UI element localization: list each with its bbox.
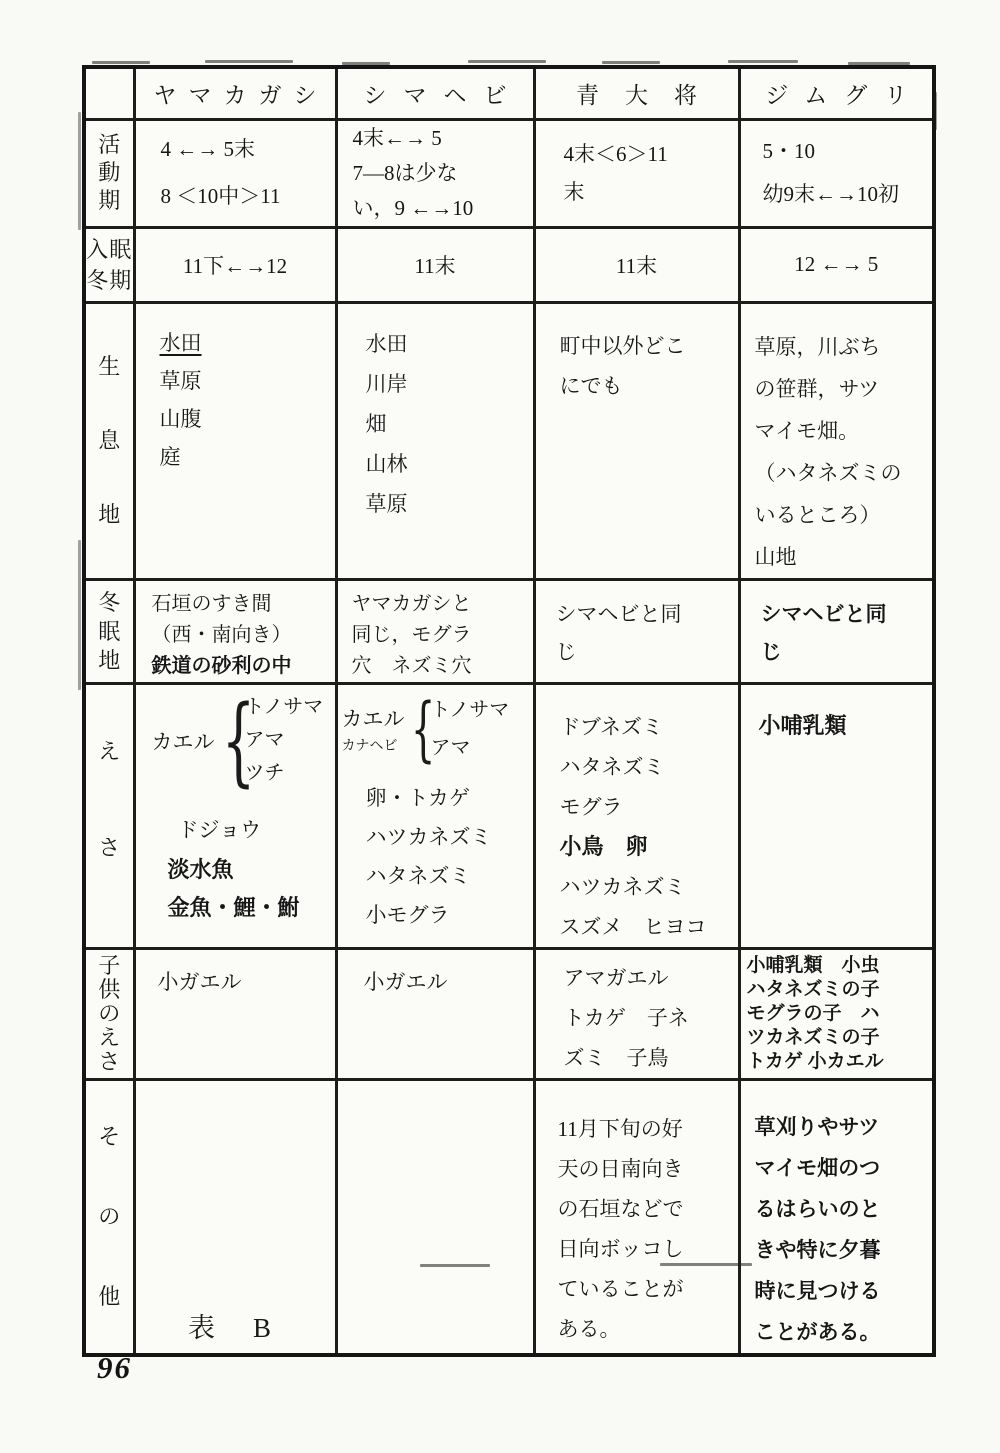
row-label-hibernation-period: 入眠 冬期 xyxy=(84,227,134,302)
table-row-activity-period: 活 動 期 4 ←→ 5末 8 ＜10中＞11 4末←→ 5 7―8は少な い，… xyxy=(84,119,934,227)
cell-food-jimuguri: 小哺乳類 xyxy=(739,683,934,948)
cell-other-aodaisho: 11月下旬の好 天の日南向き の石垣などで 日向ボッコし ていることが ある。 xyxy=(534,1079,739,1355)
food-frog-label: カエル xyxy=(152,726,215,756)
cell-activity-yamakagashi: 4 ←→ 5末 8 ＜10中＞11 xyxy=(134,119,336,227)
caption-title: 表 xyxy=(188,1313,215,1343)
cell-other-shimahebi xyxy=(336,1079,534,1355)
scan-speck xyxy=(468,60,546,63)
scan-speck xyxy=(848,62,910,65)
habitat-aodaisho-text: 町中以外どこ にでも xyxy=(536,304,738,406)
column-header-yamakagashi: ヤマカガシ xyxy=(134,67,336,119)
cell-hibernation-aodaisho: 11末 xyxy=(534,227,739,302)
young-food-aodaisho-text: アマガエル トカゲ 子ネ ズミ 子鳥 xyxy=(536,950,738,1078)
snake-comparison-table: ヤマカガシ シマヘビ 青大将 ジムグリ 活 動 期 4 ←→ 5末 8 ＜10中… xyxy=(82,65,936,1357)
habitat-shimahebi-text: 水田 川岸 畑 山林 草原 xyxy=(338,304,533,524)
cell-young-food-yamakagashi: 小ガエル xyxy=(134,948,336,1079)
cell-habitat-jimuguri: 草原，川ぶち の笹群，サツ マイモ畑。 （ハタネズミの いるところ） 山地 xyxy=(739,302,934,579)
row-label-habitat: 生 息 地 xyxy=(84,302,134,579)
row-label-food: え さ xyxy=(84,667,134,932)
cell-habitat-shimahebi: 水田 川岸 畑 山林 草原 xyxy=(336,302,534,579)
food-aodaisho-list-bottom: ハツカネズミ スズメ ヒヨコ xyxy=(560,867,738,947)
cell-food-yamakagashi: カエル { トノサマ アマ ツチ ドジョウ 淡水魚 金魚・鯉・鮒 xyxy=(134,683,336,948)
scan-speck xyxy=(342,62,390,65)
wintering-jimuguri-text: シマヘビと同 じ xyxy=(741,581,933,671)
cell-activity-jimuguri: 5・10 幼9末←→10初 xyxy=(739,119,934,227)
wintering-aodaisho-text: シマヘビと同 じ xyxy=(536,581,738,671)
young-food-jimuguri-text: 小哺乳類 小虫 ハタネズミの子 モグラの子 ハ ツカネズミの子 トカゲ 小カエル xyxy=(741,950,933,1074)
cell-wintering-shimahebi: ヤマカガシと 同じ，モグラ 穴 ネズミ穴 xyxy=(336,579,534,683)
cell-wintering-yamakagashi: 石垣のすき間 （西・南向き）鉄道の砂利の中 xyxy=(134,579,336,683)
cell-young-food-shimahebi: 小ガエル xyxy=(336,948,534,1079)
table-caption: 表B xyxy=(188,1306,271,1345)
cell-food-shimahebi: カエル カナヘビ { トノサマ アマ 卵・トカゲ ハツカネズミ ハタネズミ 小モ… xyxy=(336,683,534,948)
column-header-jimuguri: ジムグリ xyxy=(739,67,934,119)
wintering-shimahebi-text: ヤマカガシと 同じ，モグラ 穴 ネズミ穴 xyxy=(338,581,533,682)
food-frog-brace-group: カエル { トノサマ アマ ツチ xyxy=(152,691,335,791)
table-row-wintering-site: 冬 眠 地 石垣のすき間 （西・南向き）鉄道の砂利の中 ヤマカガシと 同じ，モグ… xyxy=(84,579,934,683)
scan-speck xyxy=(78,540,81,690)
habitat-jimuguri-text: 草原，川ぶち の笹群，サツ マイモ畑。 （ハタネズミの いるところ） 山地 xyxy=(741,304,933,578)
cell-habitat-yamakagashi: 水田草原 山腹 庭 xyxy=(134,302,336,579)
habitat-yamakagashi-text: 水田草原 山腹 庭 xyxy=(136,304,335,476)
cell-habitat-aodaisho: 町中以外どこ にでも xyxy=(534,302,739,579)
young-food-yamakagashi-text: 小ガエル xyxy=(136,950,335,996)
wintering-yamakagashi-text: 石垣のすき間 （西・南向き）鉄道の砂利の中 xyxy=(136,581,335,682)
cell-activity-shimahebi: 4末←→ 5 7―8は少な い，9 ←→10 xyxy=(336,119,534,227)
food-jimuguri-text: 小哺乳類 xyxy=(759,713,847,738)
food-shimahebi-list: 卵・トカゲ ハツカネズミ ハタネズミ 小モグラ xyxy=(366,779,533,935)
row-label-activity-period: 活 動 期 xyxy=(84,119,134,227)
table-row-young-food: 子 供 の え さ 小ガエル 小ガエル アマガエル トカゲ 子ネ ズミ 子鳥 小… xyxy=(84,948,934,1079)
table-row-food: え さ カエル { トノサマ アマ ツチ ドジョウ 淡水魚 金魚・鯉・鮒 カエル… xyxy=(84,683,934,948)
cell-wintering-jimuguri: シマヘビと同 じ xyxy=(739,579,934,683)
other-aodaisho-text: 11月下旬の好 天の日南向き の石垣などで 日向ボッコし ていることが ある。 xyxy=(536,1081,738,1349)
cell-hibernation-jimuguri: 12 ←→ 5 xyxy=(739,227,934,302)
column-header-shimahebi: シマヘビ xyxy=(336,67,534,119)
activity-shimahebi-text: 4末←→ 5 7―8は少な い，9 ←→10 xyxy=(338,121,533,226)
table-row-habitat: 生 息 地 水田草原 山腹 庭 水田 川岸 畑 山林 草原 町中以外どこ にでも… xyxy=(84,302,934,579)
scan-speck xyxy=(420,1264,490,1267)
cell-food-aodaisho: ドブネズミ ハタネズミ モグラ 小鳥 卵 ハツカネズミ スズメ ヒヨコ xyxy=(534,683,739,948)
brace-icon: { xyxy=(221,691,238,791)
food-frog-kinds: トノサマ アマ ツチ xyxy=(245,691,324,790)
food-kanahebi-label: カナヘビ xyxy=(342,735,398,755)
caption-letter: B xyxy=(253,1313,271,1343)
wintering-yamakagashi-rail: 鉄道の砂利の中 xyxy=(152,651,335,682)
food-frog-label: カエル xyxy=(342,703,405,733)
food-frog-kinds: トノサマ アマ xyxy=(431,691,510,767)
scan-speck xyxy=(78,112,81,230)
table-row-hibernation-period: 入眠 冬期 11下←→12 11末 11末 12 ←→ 5 xyxy=(84,227,934,302)
scan-speck xyxy=(728,60,798,63)
brace-icon: { xyxy=(410,692,424,766)
corner-cell xyxy=(84,67,134,119)
cell-hibernation-yamakagashi: 11下←→12 xyxy=(134,227,336,302)
cell-wintering-aodaisho: シマヘビと同 じ xyxy=(534,579,739,683)
cell-young-food-aodaisho: アマガエル トカゲ 子ネ ズミ 子鳥 xyxy=(534,948,739,1079)
row-label-other: そ の 他 xyxy=(84,1079,134,1355)
column-header-aodaisho: 青大将 xyxy=(534,67,739,119)
cell-other-jimuguri: 草刈りやサツ マイモ畑のつ るはらいのと きや特に夕暮 時に見つける ことがある… xyxy=(739,1079,934,1355)
food-yamakagashi-list: ドジョウ xyxy=(178,811,335,849)
cell-young-food-jimuguri: 小哺乳類 小虫 ハタネズミの子 モグラの子 ハ ツカネズミの子 トカゲ 小カエル xyxy=(739,948,934,1079)
other-jimuguri-text: 草刈りやサツ マイモ畑のつ るはらいのと きや特に夕暮 時に見つける ことがある… xyxy=(741,1081,933,1353)
food-aodaisho-list-top: ドブネズミ ハタネズミ モグラ xyxy=(560,707,738,827)
food-yamakagashi-list-bold: 淡水魚 金魚・鯉・鮒 xyxy=(168,851,335,927)
cell-hibernation-shimahebi: 11末 xyxy=(336,227,534,302)
young-food-shimahebi-text: 小ガエル xyxy=(338,950,533,996)
wintering-yamakagashi-main: 石垣のすき間 （西・南向き） xyxy=(152,589,335,651)
activity-aodaisho-text: 4末＜6＞11 末 xyxy=(536,135,738,211)
habitat-yamakagashi-list: 草原 山腹 庭 xyxy=(160,362,335,476)
row-label-young-food: 子 供 の え さ xyxy=(84,948,134,1079)
activity-jimuguri-text: 5・10 幼9末←→10初 xyxy=(741,130,933,216)
table-row-header: ヤマカガシ シマヘビ 青大将 ジムグリ xyxy=(84,67,934,119)
food-frog-lizard-labels: カエル カナヘビ xyxy=(342,703,405,755)
scan-speck xyxy=(934,92,937,130)
cell-activity-aodaisho: 4末＜6＞11 末 xyxy=(534,119,739,227)
scan-speck xyxy=(92,61,150,64)
food-aodaisho-birds-eggs: 小鳥 卵 xyxy=(560,827,738,867)
scan-speck xyxy=(660,1263,752,1266)
habitat-underlined-term: 水田 xyxy=(160,331,202,355)
scan-speck xyxy=(602,61,660,64)
scan-speck xyxy=(205,60,293,63)
food-frog-brace-group: カエル カナヘビ { トノサマ アマ xyxy=(342,691,533,767)
activity-yamakagashi-text: 4 ←→ 5末 8 ＜10中＞11 xyxy=(136,126,335,220)
page-number: 96 xyxy=(97,1350,132,1386)
